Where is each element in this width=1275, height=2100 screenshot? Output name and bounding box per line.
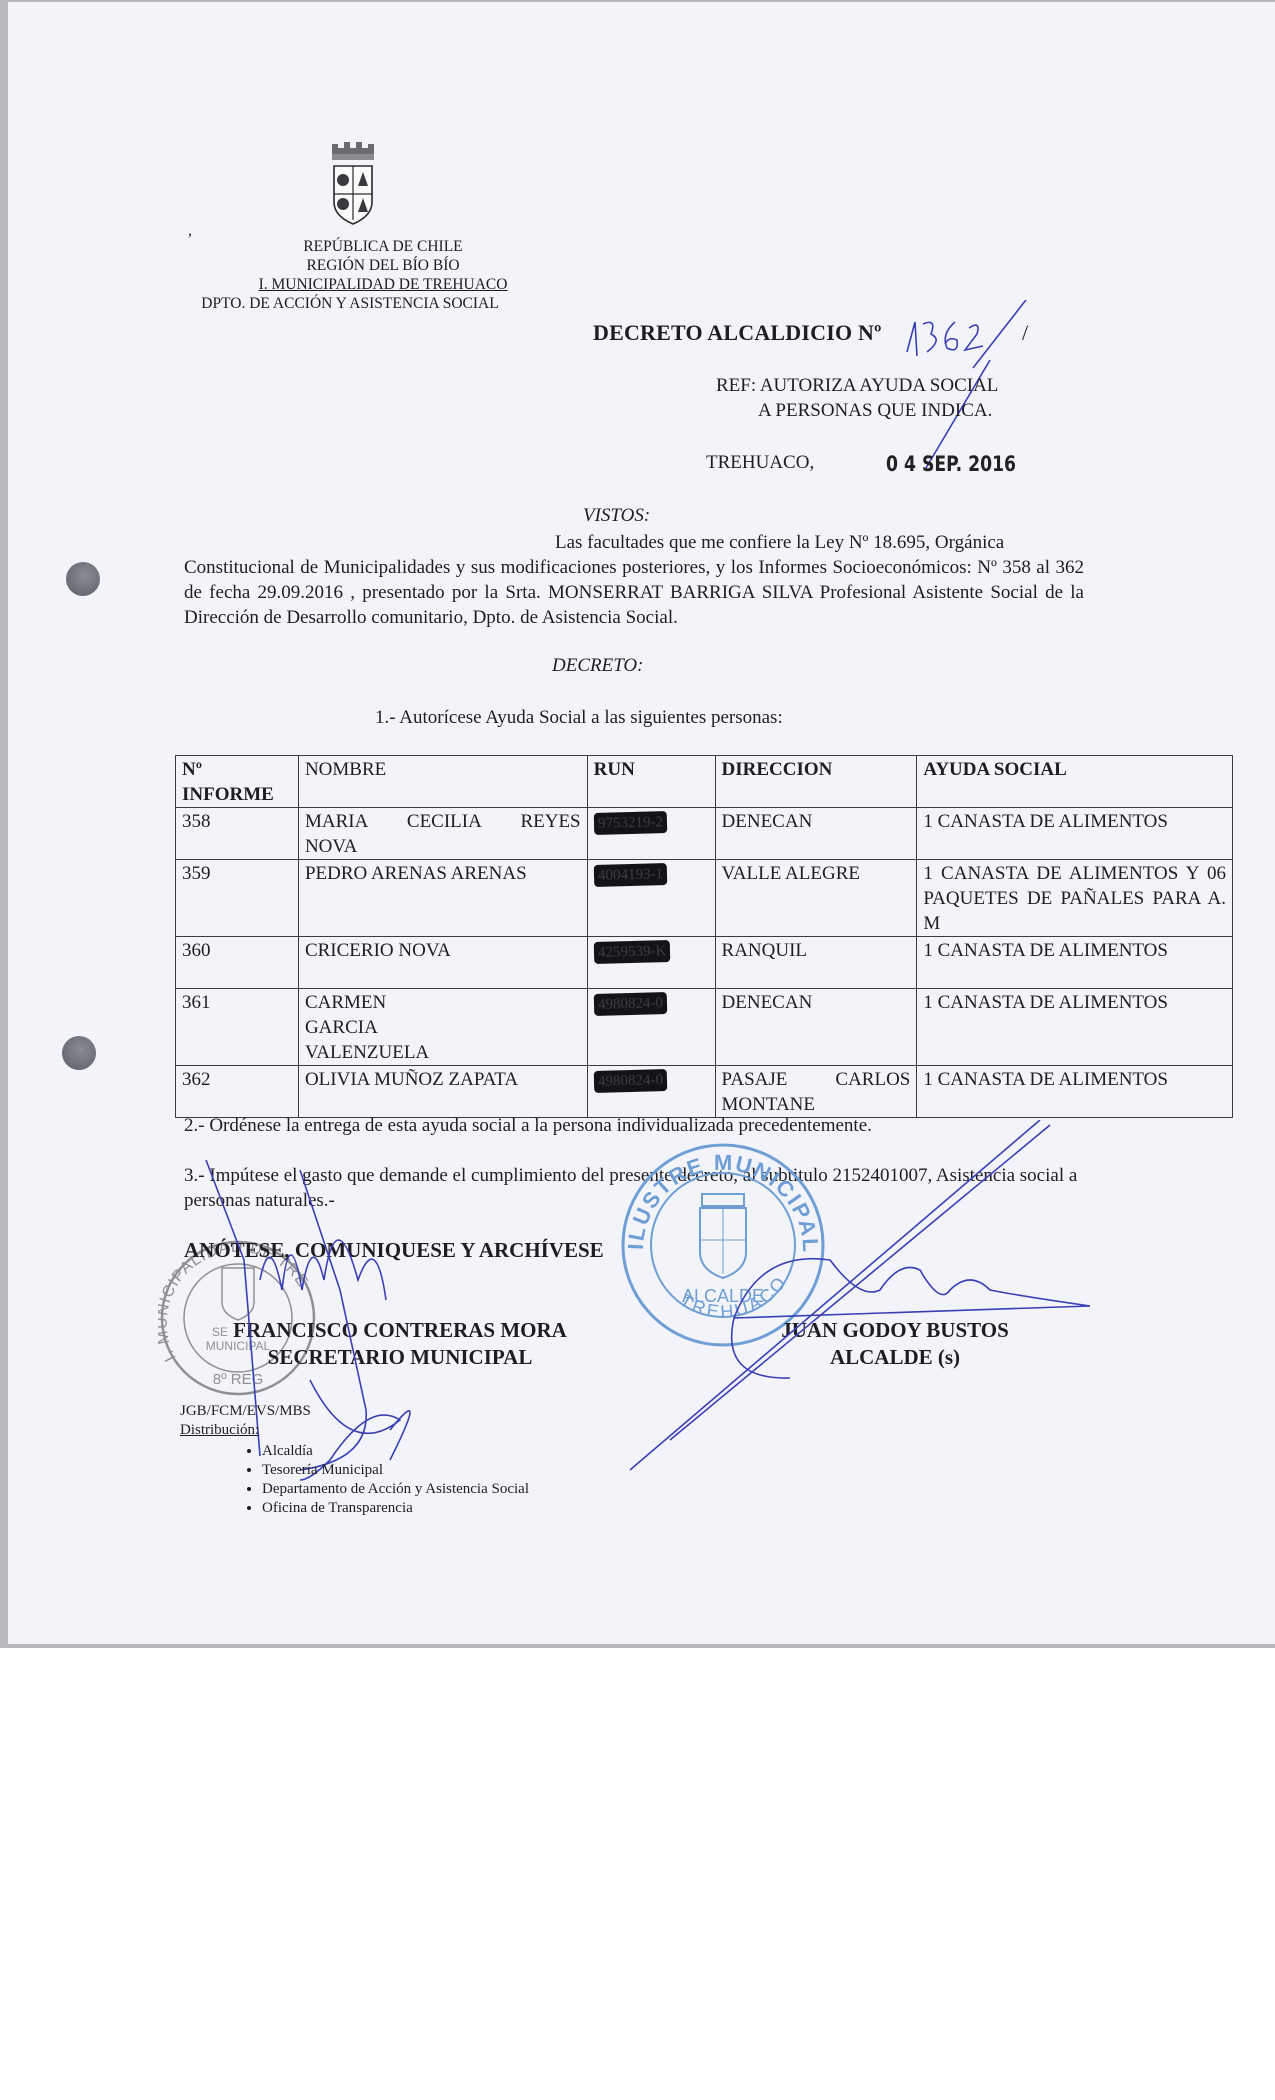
header-ayuda: AYUDA SOCIAL [917, 756, 1233, 808]
vistos-paragraph: Constitucional de Municipalidades y sus … [184, 555, 1084, 630]
cell-run: 4259539-K [587, 937, 715, 989]
decree-date-stamp: 0 4 SEP. 2016 [886, 452, 1016, 476]
cell-run: 9753219-2 [587, 808, 715, 860]
cell-nombre: CARMEN GARCIA VALENZUELA [298, 989, 587, 1066]
aid-recipients-table: NºINFORME NOMBRE RUN DIRECCION AYUDA SOC… [175, 755, 1233, 1118]
signature-secretario [190, 1160, 570, 1490]
redacted-run: 4980824-0 [593, 992, 667, 1016]
table-row: 359 PEDRO ARENAS ARENAS 4004193-1 VALLE … [176, 860, 1233, 937]
vistos-heading: VISTOS: [583, 505, 650, 527]
decree-title: DECRETO ALCALDICIO Nº [593, 320, 882, 346]
cell-ayuda: 1 CANASTA DE ALIMENTOS Y 06 PAQUETES DE … [917, 860, 1233, 937]
table-row: 358 MARIA CECILIA REYES NOVA 9753219-2 D… [176, 808, 1233, 860]
cell-informe: 359 [176, 860, 299, 937]
table-row: 362 OLIVIA MUÑOZ ZAPATA 4980824-0 PASAJE… [176, 1066, 1233, 1118]
distribution-item: Tesorería Municipal [262, 1461, 600, 1480]
signature-alcalde [610, 1120, 1130, 1490]
decree-place: TREHUACO, [706, 452, 814, 474]
cell-direccion: VALLE ALEGRE [715, 860, 917, 937]
redacted-run: 4980824-0 [593, 1069, 667, 1093]
distribution-label: Distribución: [180, 1422, 259, 1439]
letterhead-department: DPTO. DE ACCIÓN Y ASISTENCIA SOCIAL [180, 295, 520, 313]
cell-direccion: DENECAN [715, 989, 917, 1066]
cell-nombre: OLIVIA MUÑOZ ZAPATA [298, 1066, 587, 1118]
cell-ayuda: 1 CANASTA DE ALIMENTOS [917, 937, 1233, 989]
cell-run: 4004193-1 [587, 860, 715, 937]
header-informe: NºINFORME [176, 756, 299, 808]
distribution-item: Departamento de Acción y Asistencia Soci… [262, 1480, 600, 1499]
coat-of-arms-icon [328, 140, 378, 228]
cell-direccion: DENECAN [715, 808, 917, 860]
cell-ayuda: 1 CANASTA DE ALIMENTOS [917, 989, 1233, 1066]
letterhead-region: REGIÓN DEL BÍO BÍO [233, 257, 533, 275]
cell-nombre: PEDRO ARENAS ARENAS [298, 860, 587, 937]
distribution-item: Oficina de Transparencia [262, 1499, 600, 1518]
letterhead-country: REPÚBLICA DE CHILE [233, 238, 533, 256]
header-direccion: DIRECCION [715, 756, 917, 808]
letterhead-municipality: I. MUNICIPALIDAD DE TREHUACO [233, 276, 533, 294]
cell-direccion: RANQUIL [715, 937, 917, 989]
cell-nombre: CRICERIO NOVA [298, 937, 587, 989]
cell-informe: 362 [176, 1066, 299, 1118]
table-row: 360 CRICERIO NOVA 4259539-K RANQUIL 1 CA… [176, 937, 1233, 989]
cell-run: 4980824-0 [587, 989, 715, 1066]
header-run: RUN [587, 756, 715, 808]
decree-ref-line2: A PERSONAS QUE INDICA. [758, 400, 992, 422]
distribution-item: Alcaldía [262, 1442, 600, 1461]
decreto-heading: DECRETO: [552, 655, 643, 677]
cell-informe: 361 [176, 989, 299, 1066]
decree-ref-line1: REF: AUTORIZA AYUDA SOCIAL [716, 375, 998, 397]
redacted-run: 4259539-K [593, 940, 670, 964]
table-header-row: NºINFORME NOMBRE RUN DIRECCION AYUDA SOC… [176, 756, 1233, 808]
decree-number-suffix: / [1022, 320, 1028, 346]
cell-informe: 360 [176, 937, 299, 989]
cell-ayuda: 1 CANASTA DE ALIMENTOS [917, 808, 1233, 860]
cell-informe: 358 [176, 808, 299, 860]
table-row: 361 CARMEN GARCIA VALENZUELA 4980824-0 D… [176, 989, 1233, 1066]
cell-ayuda: 1 CANASTA DE ALIMENTOS [917, 1066, 1233, 1118]
punch-hole-bottom [62, 1036, 96, 1070]
footer-initials: JGB/FCM/EVS/MBS [180, 1403, 311, 1420]
header-nombre: NOMBRE [298, 756, 587, 808]
cell-direccion: PASAJE CARLOS MONTANE [715, 1066, 917, 1118]
decreto-item-1: 1.- Autorícese Ayuda Social a las siguie… [375, 705, 783, 730]
punch-hole-top [66, 562, 100, 596]
vistos-first-line: Las facultades que me confiere la Ley Nº… [555, 530, 1083, 555]
redacted-run: 4004193-1 [593, 863, 667, 887]
cell-nombre: MARIA CECILIA REYES NOVA [298, 808, 587, 860]
cell-run: 4980824-0 [587, 1066, 715, 1118]
redacted-run: 9753219-2 [593, 811, 667, 835]
stray-mark: , [188, 222, 192, 240]
distribution-list: Alcaldía Tesorería Municipal Departament… [180, 1442, 600, 1518]
